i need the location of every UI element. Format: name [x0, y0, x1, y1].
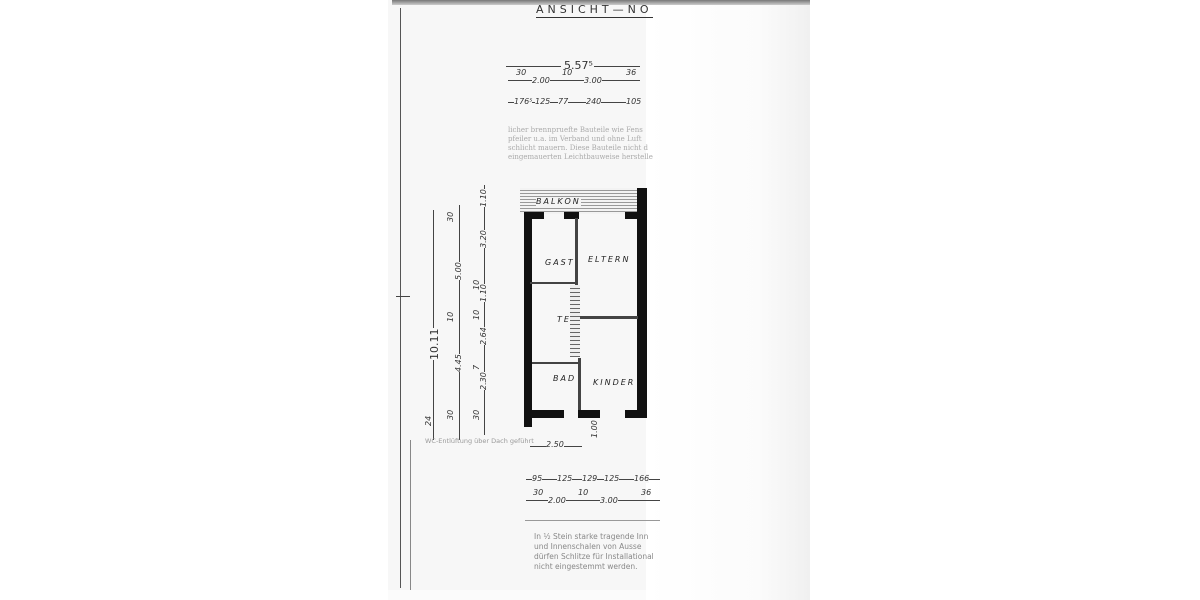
interior-wall [530, 282, 575, 284]
dim-value: 10 [578, 488, 588, 497]
construction-note-line: nicht eingestemmt werden. [534, 562, 637, 572]
dim-value: 166 [634, 474, 649, 483]
construction-note-line: und Innenschalen von Ausse [534, 542, 641, 552]
dim-value: 36 [641, 488, 651, 497]
room-label-bath: BAD [553, 374, 576, 383]
staircase [570, 285, 580, 357]
faint-note-line: eingemauerten Leichtbauweise herstelle [508, 152, 653, 162]
dim-value: 10 [472, 310, 481, 320]
dim-value: 30 [533, 488, 543, 497]
overall-depth-dimension: 10.11 [428, 329, 441, 361]
dim-value: 30 [446, 410, 455, 420]
dim-line-vertical [433, 210, 434, 440]
dim-value: 1.10 [479, 189, 488, 207]
dim-value: 5.00 [454, 262, 463, 280]
dim-line [594, 66, 640, 67]
dim-value: 2.00 [532, 76, 550, 85]
dim-value: 10 [562, 68, 572, 77]
room-label-parents: ELTERN [588, 255, 630, 264]
dim-value: 3.20 [479, 230, 488, 248]
dim-value: 7 [472, 365, 481, 370]
dim-line [526, 500, 660, 501]
dim-value: 10 [446, 312, 455, 322]
dim-value: 1.10 [479, 284, 488, 302]
dim-value: 3.00 [584, 76, 602, 85]
room-width-dimension: 2.50 [546, 440, 564, 449]
dim-value: 2.64 [479, 327, 488, 345]
dim-value: 4.45 [454, 354, 463, 372]
dim-value: 30 [446, 212, 455, 222]
interior-wall [578, 358, 581, 418]
dim-line [508, 80, 640, 81]
construction-note-line: In ½ Stein starke tragende Inn [534, 532, 648, 542]
wall-segment [625, 410, 647, 418]
dim-value: 3.00 [600, 496, 618, 505]
window-height-dimension: 1.00 [590, 420, 599, 438]
room-label-guest: GAST [545, 258, 575, 267]
dim-line-vertical [484, 185, 485, 435]
dim-value: 129 [582, 474, 597, 483]
dim-value: 125 [557, 474, 572, 483]
page-title: ANSICHT—NO [536, 3, 653, 18]
dim-value: 30 [472, 410, 481, 420]
dim-value: 36 [626, 68, 636, 77]
dim-value: 30 [516, 68, 526, 77]
room-label-balcony: BALKON [536, 197, 581, 206]
exterior-wall-right [637, 188, 647, 418]
wall-segment [524, 410, 564, 418]
dim-line [506, 66, 561, 67]
interior-wall [532, 362, 578, 364]
dim-value: 2.30 [479, 372, 488, 390]
room-label-stairs: TE [557, 315, 571, 324]
dim-value: 240 [586, 97, 601, 106]
wc-vent-note: WC-Entlüftung über Dach geführt [425, 436, 534, 446]
wall-segment [524, 212, 544, 219]
dim-value: 2.00 [548, 496, 566, 505]
blank-page-area [646, 0, 810, 600]
dim-value: 125 [535, 97, 550, 106]
note-separator [525, 520, 660, 521]
dim-value: 105 [626, 97, 641, 106]
interior-wall [580, 316, 638, 319]
dim-value: 24 [424, 416, 433, 426]
construction-note-line: dürfen Schlitze für Installational [534, 552, 654, 562]
dim-line-vertical [459, 205, 460, 440]
sheet-border-line [400, 8, 401, 588]
dim-tick [396, 296, 410, 297]
exterior-wall-left [524, 212, 532, 427]
sheet-border-line-inner [410, 440, 411, 590]
wall-segment [578, 410, 600, 418]
room-label-children: KINDER [593, 378, 635, 387]
dim-value: 176⁵ [514, 97, 532, 106]
dim-value: 77 [558, 97, 568, 106]
dim-value: 125 [604, 474, 619, 483]
wall-segment [625, 212, 647, 219]
dim-value: 95 [532, 474, 542, 483]
